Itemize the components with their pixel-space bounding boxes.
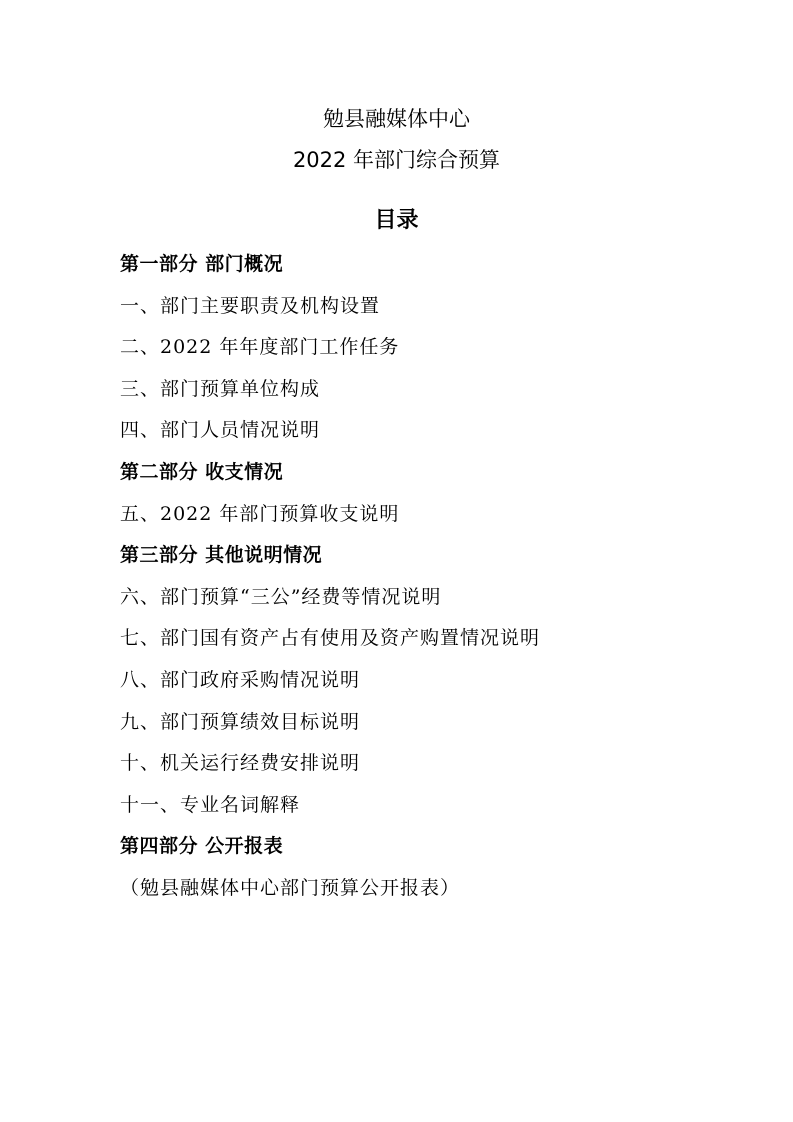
toc-item-10: 十、机关运行经费安排说明	[120, 747, 540, 789]
toc-item-1: 一、部门主要职责及机构设置	[120, 290, 540, 332]
toc-item-4: 四、部门人员情况说明	[120, 414, 540, 456]
table-of-contents: 第一部分 部门概况 一、部门主要职责及机构设置 二、2022 年年度部门工作任务…	[120, 248, 540, 914]
toc-note-public-reports: （勉县融媒体中心部门预算公开报表）	[120, 872, 540, 914]
toc-part-2: 第二部分 收支情况	[120, 456, 540, 498]
toc-item-7: 七、部门国有资产占有使用及资产购置情况说明	[120, 622, 540, 664]
toc-part-4: 第四部分 公开报表	[120, 830, 540, 872]
document-title-budget: 2022 年部门综合预算	[0, 145, 793, 175]
toc-item-3: 三、部门预算单位构成	[120, 373, 540, 415]
document-page: 勉县融媒体中心 2022 年部门综合预算 目录 第一部分 部门概况 一、部门主要…	[0, 0, 793, 1122]
toc-item-5: 五、2022 年部门预算收支说明	[120, 498, 540, 540]
toc-item-11: 十一、专业名词解释	[120, 789, 540, 831]
document-title-org: 勉县融媒体中心	[0, 104, 793, 134]
toc-item-9: 九、部门预算绩效目标说明	[120, 706, 540, 748]
toc-item-6: 六、部门预算“三公”经费等情况说明	[120, 581, 540, 623]
toc-item-8: 八、部门政府采购情况说明	[120, 664, 540, 706]
toc-item-2: 二、2022 年年度部门工作任务	[120, 331, 540, 373]
toc-part-1: 第一部分 部门概况	[120, 248, 540, 290]
toc-part-3: 第三部分 其他说明情况	[120, 539, 540, 581]
toc-heading: 目录	[0, 205, 793, 237]
